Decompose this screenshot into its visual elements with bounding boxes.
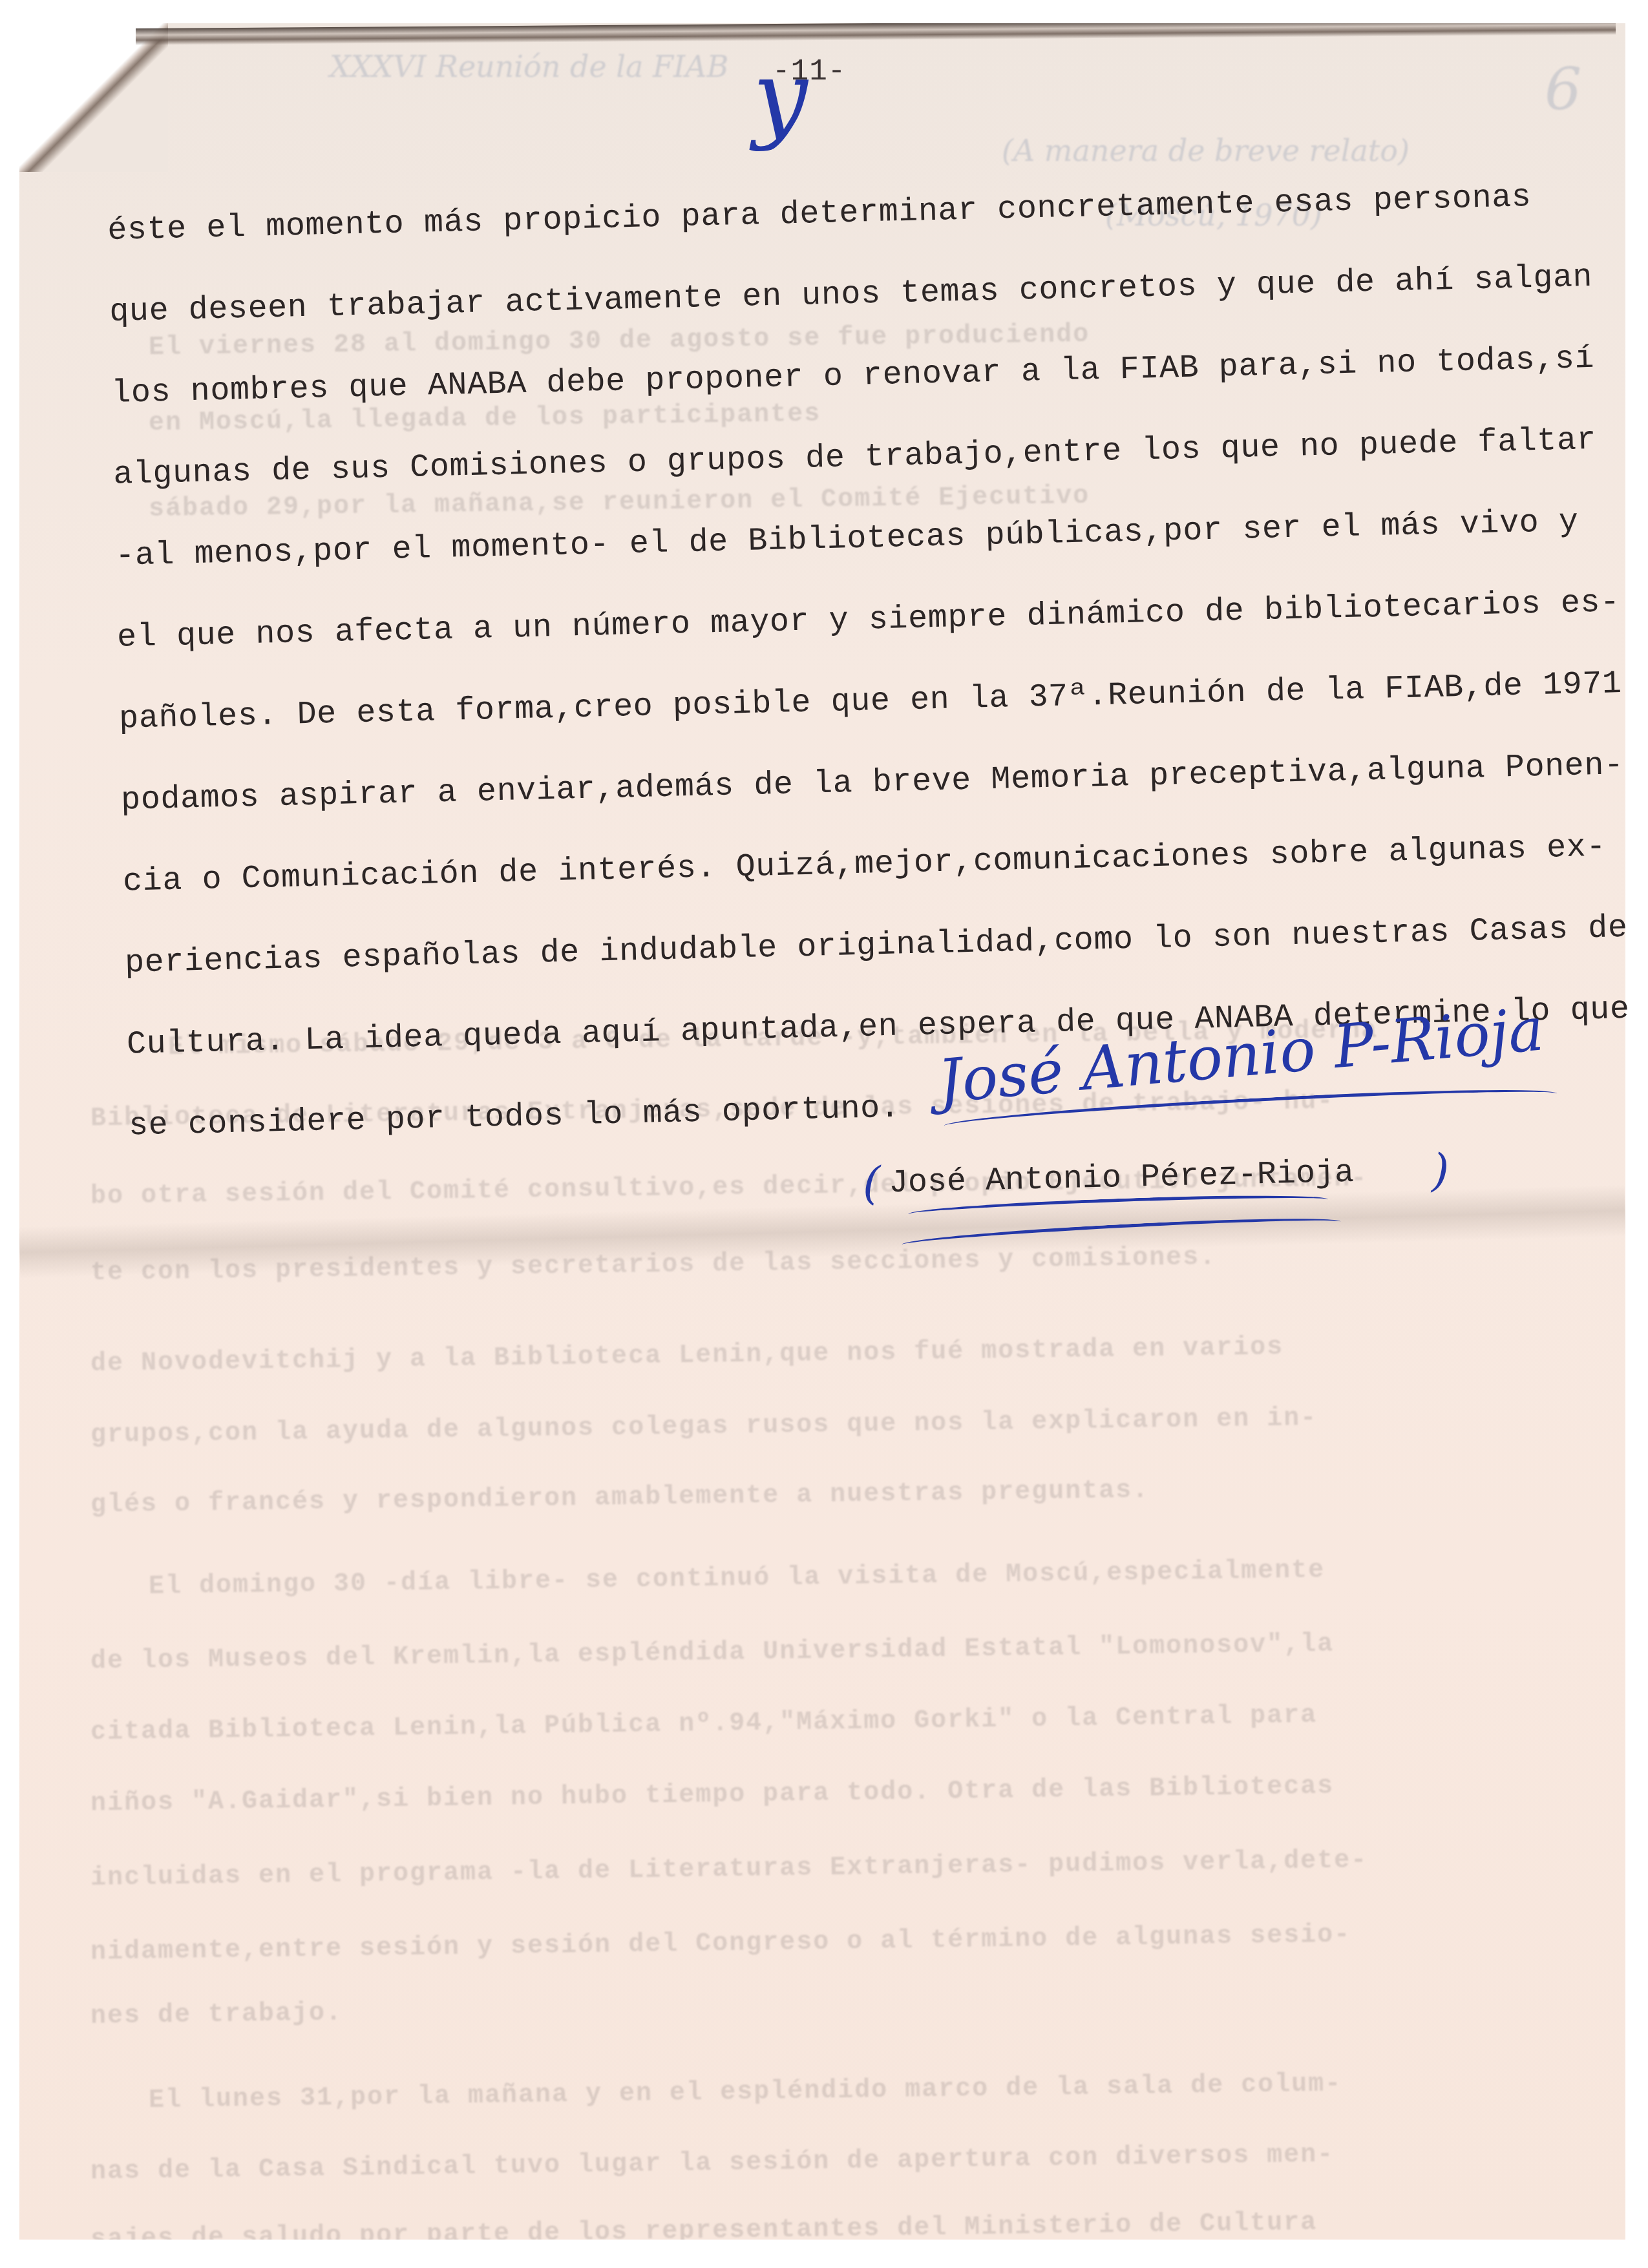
bleed-through-line: citada Biblioteca Lenin,la Pública nº.94… (90, 1701, 1318, 1748)
bleed-through-line: nidamente,entre sesión y sesión del Cong… (90, 1920, 1351, 1967)
bleed-through-line: nas de la Casa Sindical tuvo lugar la se… (90, 2141, 1335, 2187)
corner-pencil-mark: 6 (1545, 56, 1581, 123)
bleed-through-line: de Novodevitchij y a la Biblioteca Lenin… (90, 1333, 1284, 1379)
pencil-note: XXXVI Reunión de la FIAB (330, 49, 728, 84)
bleed-through-line: incluidas en el programa -la de Literatu… (90, 1846, 1368, 1893)
bleed-through-line: niños "A.Gaidar",si bien no hubo tiempo … (90, 1772, 1335, 1819)
bleed-through-line: nes de trabajo. (90, 1999, 343, 2031)
ink-open-paren: ( (863, 1157, 880, 1210)
page-edge-shadow (136, 23, 1616, 45)
page-number: -11- (772, 55, 846, 89)
bleed-through-line: El domingo 30 -día libre- se continuó la… (149, 1556, 1326, 1601)
bleed-through-line: El lunes 31,por la mañana y en el esplén… (149, 2070, 1342, 2116)
folded-corner (19, 23, 168, 172)
ink-close-paren: ) (1431, 1144, 1449, 1197)
bleed-through-line: sajes de saludo por parte de los represe… (90, 2209, 1318, 2240)
bleed-through-line: de los Museos del Kremlin,la espléndida … (90, 1630, 1335, 1677)
bleed-through-line: glés o francés y respondieron amablement… (90, 1476, 1150, 1520)
bleed-through-line: grupos,con la ayuda de algunos colegas r… (90, 1404, 1318, 1451)
